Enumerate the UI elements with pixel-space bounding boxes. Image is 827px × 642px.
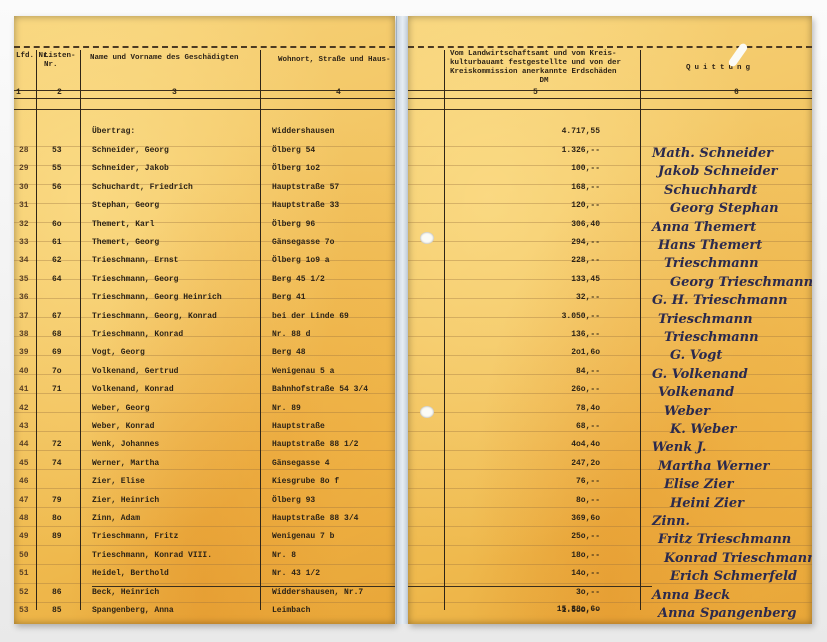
row-name: Zier, Heinrich [92,496,159,505]
table-row: 133,45Georg Trieschmann [408,270,812,289]
row-address: Berg 41 [272,293,306,302]
row-amount: 228,-- [571,256,600,265]
row-amount: 1.326,-- [562,146,600,155]
col-number-1: 1 [16,88,21,97]
table-row: 2853Schneider, GeorgÖlberg 54 [14,141,395,160]
row-lfd-nr: 39 [19,348,29,357]
row-address: Hauptstraße [272,422,325,431]
row-address: Bahnhofstraße 54 3/4 [272,385,368,394]
row-listen-nr: 74 [52,459,62,468]
table-row: 31Stephan, GeorgHauptstraße 33 [14,196,395,215]
row-listen-nr: 85 [52,606,62,615]
table-row: 3.050,--Trieschmann [408,307,812,326]
table-row: 3056Schuchardt, FriedrichHauptstraße 57 [14,178,395,197]
header-damages: Vom Landwirtschaftsamt und vom Kreis- ku… [450,50,638,86]
table-row: 326oThemert, KarlÖlberg 96 [14,215,395,234]
table-row: 4171Volkenand, KonradBahnhofstraße 54 3/… [14,380,395,399]
row-name: Trieschmann, Georg Heinrich [92,293,222,302]
table-row: 1.326,--Math. Schneider [408,141,812,160]
row-name: Vogt, Georg [92,348,145,357]
row-name: Zier, Elise [92,477,145,486]
row-lfd-nr: 43 [19,422,29,431]
carryover-label: Übertrag: [92,127,135,136]
row-address: Berg 48 [272,348,306,357]
table-row: 3969Vogt, GeorgBerg 48 [14,343,395,362]
row-lfd-nr: 34 [19,256,29,265]
row-listen-nr: 89 [52,532,62,541]
table-row: 5286Beck, HeinrichWiddershausen, Nr.7 [14,583,395,602]
row-name: Trieschmann, Georg [92,275,178,284]
row-lfd-nr: 40 [19,367,29,376]
row-listen-nr: 86 [52,588,62,597]
row-address: bei der Linde 69 [272,312,349,321]
table-row: 25o,--Fritz Trieschmann [408,527,812,546]
row-listen-nr: 61 [52,238,62,247]
table-row: 488oZinn, AdamHauptstraße 88 3/4 [14,509,395,528]
header-listen-nr: Listen-Nr. [44,52,78,70]
table-row: 42Weber, GeorgNr. 89 [14,399,395,418]
table-row: 120,--Georg Stephan [408,196,812,215]
right-page: Vom Landwirtschaftsamt und vom Kreis- ku… [408,16,812,624]
row-listen-nr: 71 [52,385,62,394]
row-name: Werner, Martha [92,459,159,468]
carryover-amount: 4.717,55 [562,127,600,136]
row-listen-nr: 79 [52,496,62,505]
row-address: Widdershausen, Nr.7 [272,588,363,597]
table-row: 4472Wenk, JohannesHauptstraße 88 1/2 [14,435,395,454]
carryover-row: Übertrag: Widdershausen [14,122,395,141]
table-row: 76,--Elise Zier [408,472,812,491]
row-amount: 306,40 [571,220,600,229]
table-row: 46Zier, EliseKiesgrube 8o f [14,472,395,491]
row-lfd-nr: 48 [19,514,29,523]
row-lfd-nr: 41 [19,385,29,394]
row-name: Heidel, Berthold [92,569,169,578]
col-number-3: 3 [172,88,177,97]
row-listen-nr: 62 [52,256,62,265]
table-row: 3o,--Anna Beck [408,583,812,602]
table-row: 228,--Trieschmann [408,251,812,270]
row-name: Stephan, Georg [92,201,159,210]
row-address: Ölberg 54 [272,146,315,155]
total-row: 15.38o,6o [408,600,812,619]
row-name: Spangenberg, Anna [92,606,174,615]
row-lfd-nr: 32 [19,220,29,229]
row-lfd-nr: 49 [19,532,29,541]
row-listen-nr: 53 [52,146,62,155]
row-lfd-nr: 31 [19,201,29,210]
table-row: 3564Trieschmann, GeorgBerg 45 1/2 [14,270,395,289]
row-name: Wenk, Johannes [92,440,159,449]
header-rule-2 [14,98,395,99]
row-address: Ölberg 93 [272,496,315,505]
row-name: Trieschmann, Konrad VIII. [92,551,212,560]
row-lfd-nr: 50 [19,551,29,560]
row-name: Trieschmann, Ernst [92,256,178,265]
row-amount: 4o4,4o [571,440,600,449]
row-name: Weber, Konrad [92,422,154,431]
header-rule-3 [14,109,395,110]
row-name: Schneider, Georg [92,146,169,155]
table-row: 294,--Hans Themert [408,233,812,252]
row-lfd-nr: 52 [19,588,29,597]
row-name: Beck, Heinrich [92,588,159,597]
row-name: Volkenand, Gertrud [92,367,178,376]
row-amount: 136,-- [571,330,600,339]
col-number-2: 2 [57,88,62,97]
table-row: 50Trieschmann, Konrad VIII.Nr. 8 [14,546,395,565]
table-row: 3462Trieschmann, ErnstÖlberg 1o9 a [14,251,395,270]
row-amount: 26o,-- [571,385,600,394]
table-row: 3361Themert, GeorgGänsegasse 7o [14,233,395,252]
row-address: Ölberg 1o9 a [272,256,330,265]
table-row: 18o,--Konrad Trieschmann [408,546,812,565]
table-row: 78,4oWeber [408,399,812,418]
row-lfd-nr: 47 [19,496,29,505]
total-amount: 15.38o,6o [557,605,600,614]
row-lfd-nr: 30 [19,183,29,192]
row-amount: 168,-- [571,183,600,192]
row-amount: 68,-- [576,422,600,431]
row-name: Volkenand, Konrad [92,385,174,394]
table-row: 5385Spangenberg, AnnaLeimbach [14,601,395,620]
row-listen-nr: 67 [52,312,62,321]
row-address: Gänsegasse 7o [272,238,334,247]
row-amount: 2o1,6o [571,348,600,357]
header-rule-3 [408,109,812,110]
row-lfd-nr: 35 [19,275,29,284]
row-name: Themert, Karl [92,220,154,229]
row-address: Berg 45 1/2 [272,275,325,284]
row-listen-nr: 68 [52,330,62,339]
row-lfd-nr: 44 [19,440,29,449]
row-address: Hauptstraße 33 [272,201,339,210]
row-listen-nr: 6o [52,220,62,229]
row-amount: 25o,-- [571,532,600,541]
row-amount: 133,45 [571,275,600,284]
row-listen-nr: 56 [52,183,62,192]
row-name: Schuchardt, Friedrich [92,183,193,192]
row-address: Nr. 43 1/2 [272,569,320,578]
table-row: 306,40Anna Themert [408,215,812,234]
row-address: Gänsegasse 4 [272,459,330,468]
row-listen-nr: 64 [52,275,62,284]
table-row: 2o1,6oG. Vogt [408,343,812,362]
row-listen-nr: 55 [52,164,62,173]
row-name: Trieschmann, Fritz [92,532,178,541]
row-amount: 3o,-- [576,588,600,597]
row-name: Weber, Georg [92,404,150,413]
table-row: 4574Werner, MarthaGänsegasse 4 [14,454,395,473]
table-row: 136,--Trieschmann [408,325,812,344]
row-lfd-nr: 42 [19,404,29,413]
row-name: Trieschmann, Konrad [92,330,183,339]
row-name: Schneider, Jakob [92,164,169,173]
table-row: 51Heidel, BertholdNr. 43 1/2 [14,564,395,583]
punch-hole-top [420,232,434,244]
row-address: Nr. 8 [272,551,296,560]
row-name: Trieschmann, Georg, Konrad [92,312,217,321]
top-dashed-rule [408,46,812,48]
row-listen-nr: 8o [52,514,62,523]
row-amount: 247,2o [571,459,600,468]
row-address: Kiesgrube 8o f [272,477,339,486]
table-row: 36Trieschmann, Georg HeinrichBerg 41 [14,288,395,307]
row-lfd-nr: 28 [19,146,29,155]
table-row: 68,--K. Weber [408,417,812,436]
row-address: Nr. 89 [272,404,301,413]
row-listen-nr: 72 [52,440,62,449]
punch-hole-bottom [420,406,434,418]
carryover-amount-row: 4.717,55 [408,122,812,141]
header-name: Name und Vorname des Geschädigten [90,54,239,63]
top-dashed-rule [14,46,395,48]
row-lfd-nr: 46 [19,477,29,486]
row-amount: 8o,-- [576,496,600,505]
table-row: 100,--Jakob Schneider [408,159,812,178]
row-amount: 3.050,-- [562,312,600,321]
row-amount: 120,-- [571,201,600,210]
row-address: Nr. 88 d [272,330,310,339]
left-page: Lfd. Nr. Listen-Nr. Name und Vorname des… [14,16,395,624]
table-row: 2955Schneider, JakobÖlberg 1o2 [14,159,395,178]
row-lfd-nr: 36 [19,293,29,302]
table-row: 407oVolkenand, GertrudWenigenau 5 a [14,362,395,381]
table-row: 43Weber, KonradHauptstraße [14,417,395,436]
row-lfd-nr: 51 [19,569,29,578]
table-row: 4o4,4oWenk J. [408,435,812,454]
header-rule-1 [408,90,812,91]
row-amount: 32,-- [576,293,600,302]
table-row: 14o,--Erich Schmerfeld [408,564,812,583]
row-amount: 14o,-- [571,569,600,578]
row-lfd-nr: 33 [19,238,29,247]
row-address: Hauptstraße 88 3/4 [272,514,358,523]
table-row: 84,--G. Volkenand [408,362,812,381]
row-address: Leimbach [272,606,310,615]
col-number-4: 4 [336,88,341,97]
row-address: Hauptstraße 88 1/2 [272,440,358,449]
table-row: 3767Trieschmann, Georg, Konradbei der Li… [14,307,395,326]
row-amount: 76,-- [576,477,600,486]
row-amount: 84,-- [576,367,600,376]
row-address: Ölberg 96 [272,220,315,229]
row-address: Wenigenau 5 a [272,367,334,376]
row-amount: 369,6o [571,514,600,523]
table-row: 4779Zier, HeinrichÖlberg 93 [14,491,395,510]
row-lfd-nr: 45 [19,459,29,468]
row-name: Themert, Georg [92,238,159,247]
table-row: 32,--G. H. Trieschmann [408,288,812,307]
row-lfd-nr: 38 [19,330,29,339]
row-lfd-nr: 29 [19,164,29,173]
table-row: 8o,--Heini Zier [408,491,812,510]
row-amount: 100,-- [571,164,600,173]
currency-unit: DM [450,77,638,86]
row-name: Zinn, Adam [92,514,140,523]
row-address: Hauptstraße 57 [272,183,339,192]
row-listen-nr: 69 [52,348,62,357]
carryover-place: Widdershausen [272,127,334,136]
row-amount: 18o,-- [571,551,600,560]
table-row: 369,6oZinn. [408,509,812,528]
row-address: Ölberg 1o2 [272,164,320,173]
row-lfd-nr: 37 [19,312,29,321]
row-amount: 294,-- [571,238,600,247]
table-row: 4989Trieschmann, FritzWenigenau 7 b [14,527,395,546]
header-rule-2 [408,98,812,99]
table-row: 26o,--Volkenand [408,380,812,399]
row-amount: 78,4o [576,404,600,413]
header-receipt: Quittung [686,64,754,73]
table-row: 168,--Schuchhardt [408,178,812,197]
row-listen-nr: 7o [52,367,62,376]
col-number-5: 5 [533,88,538,97]
table-row: 3868Trieschmann, KonradNr. 88 d [14,325,395,344]
header-address: Wohnort, Straße und Haus- [278,56,391,65]
col-number-6: 6 [734,88,739,97]
table-row: 247,2oMartha Werner [408,454,812,473]
row-address: Wenigenau 7 b [272,532,334,541]
row-lfd-nr: 53 [19,606,29,615]
